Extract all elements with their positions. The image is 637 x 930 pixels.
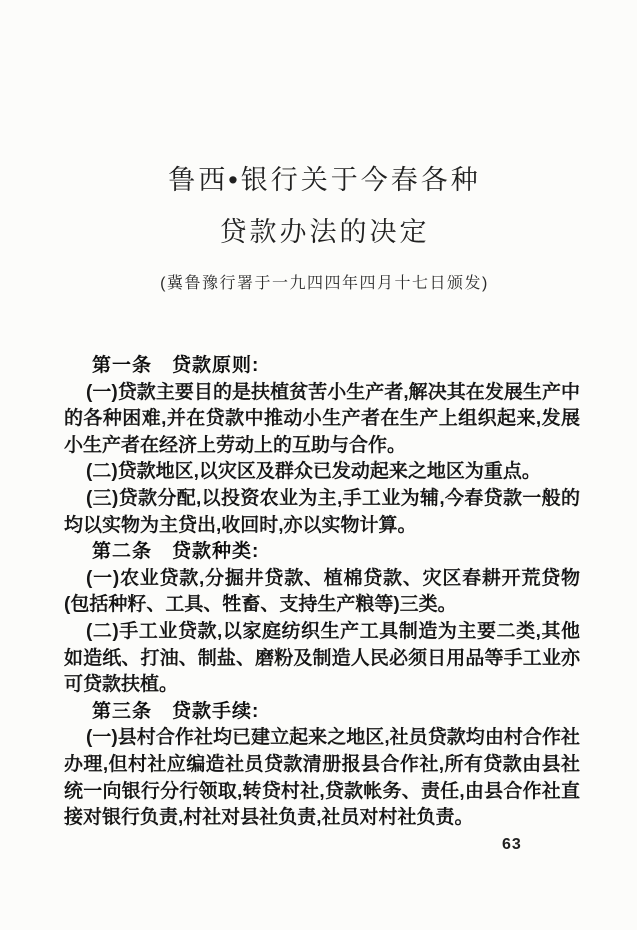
scanned-document-page: 鲁西•银行关于今春各种 贷款办法的决定 (冀鲁豫行署于一九四四年四月十七日颁发)… bbox=[0, 0, 637, 930]
article-2-heading: 第二条 贷款种类: bbox=[64, 539, 580, 566]
article-3-clause-1: (一)县村合作社均已建立起来之地区,社员贷款均由村合作社办理,但村社应编造社员贷… bbox=[64, 725, 580, 831]
document-title-line-2: 贷款办法的决定 bbox=[12, 217, 637, 247]
document-body: 第一条 贷款原则: (一)贷款主要目的是扶植贫苦小生产者,解决其在发展生产中的各… bbox=[64, 353, 580, 832]
article-2-clause-1: (一)农业贷款,分掘井贷款、植棉贷款、灾区春耕开荒贷物(包括种籽、工具、牲畜、支… bbox=[64, 566, 580, 619]
article-1-clause-3: (三)贷款分配,以投资农业为主,手工业为辅,今春贷款一般的均以实物为主贷出,收回… bbox=[64, 486, 580, 539]
article-1-clause-2: (二)贷款地区,以灾区及群众已发动起来之地区为重点。 bbox=[64, 459, 580, 486]
issuance-note: (冀鲁豫行署于一九四四年四月十七日颁发) bbox=[12, 274, 637, 294]
article-2-clause-2: (二)手工业贷款,以家庭纺织生产工具制造为主要二类,其他如造纸、打油、制盐、磨粉… bbox=[64, 619, 580, 699]
article-3-heading: 第三条 贷款手续: bbox=[64, 699, 580, 726]
page-number: 63 bbox=[502, 836, 522, 854]
document-header: 鲁西•银行关于今春各种 贷款办法的决定 (冀鲁豫行署于一九四四年四月十七日颁发) bbox=[0, 165, 637, 294]
article-1-clause-1: (一)贷款主要目的是扶植贫苦小生产者,解决其在发展生产中的各种困难,并在贷款中推… bbox=[64, 380, 580, 460]
document-title-line-1: 鲁西•银行关于今春各种 bbox=[12, 165, 637, 195]
article-1-heading: 第一条 贷款原则: bbox=[64, 353, 580, 380]
